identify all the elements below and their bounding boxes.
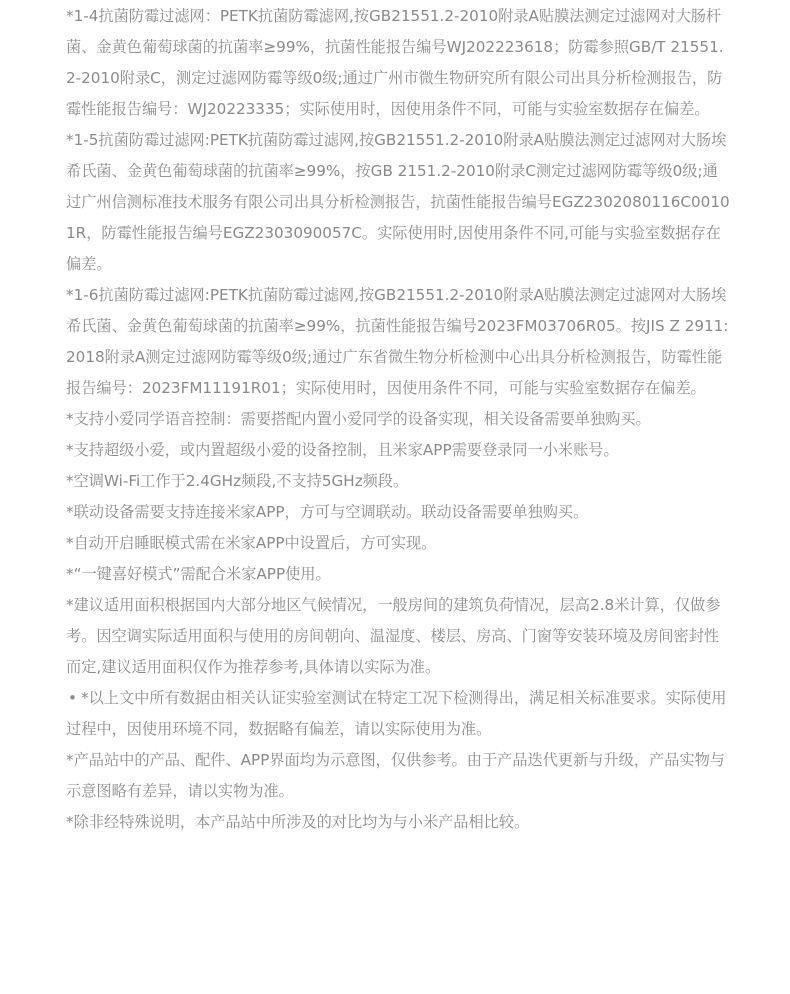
note-filter-1-5: *1-5抗菌防霉过滤网:PETK抗菌防霉过滤网,按GB21551.2-2010附… — [66, 125, 730, 280]
note-wifi-band: *空调Wi-Fi工作于2.4GHz频段,不支持5GHz频段。 — [66, 466, 730, 497]
bullet-dot-icon: • — [68, 683, 77, 714]
note-sleep-mode: *自动开启睡眠模式需在米家APP中设置后，方可实现。 — [66, 528, 730, 559]
note-super-xiaoai: *支持超级小爱，或内置超级小爱的设备控制，且米家APP需要登录同一小米账号。 — [66, 435, 730, 466]
note-filter-1-4: *1-4抗菌防霉过滤网：PETK抗菌防霉滤网,按GB21551.2-2010附录… — [66, 1, 730, 125]
note-xiaoai-voice: *支持小爱同学语音控制：需要搭配内置小爱同学的设备实现，相关设备需要单独购买。 — [66, 404, 730, 435]
note-filter-1-6: *1-6抗菌防霉过滤网:PETK抗菌防霉过滤网,按GB21551.2-2010附… — [66, 280, 730, 404]
disclaimer-notes: *1-4抗菌防霉过滤网：PETK抗菌防霉滤网,按GB21551.2-2010附录… — [66, 1, 730, 838]
note-favorite-mode: *“一键喜好模式”需配合米家APP使用。 — [66, 559, 730, 590]
note-linked-devices: *联动设备需要支持连接米家APP，方可与空调联动。联动设备需要单独购买。 — [66, 497, 730, 528]
note-applicable-area: *建议适用面积根据国内大部分地区气候情况，一般房间的建筑负荷情况，层高2.8米计… — [66, 590, 730, 683]
note-test-data-text: *以上文中所有数据由相关认证实验室测试在特定工况下检测得出，满足相关标准要求。实… — [66, 689, 726, 738]
note-illustration: *产品站中的产品、配件、APP界面均为示意图，仅供参考。由于产品迭代更新与升级，… — [66, 745, 730, 807]
note-comparison: *除非经特殊说明，本产品站中所涉及的对比均为与小米产品相比较。 — [66, 807, 730, 838]
note-test-data: •*以上文中所有数据由相关认证实验室测试在特定工况下检测得出，满足相关标准要求。… — [66, 683, 730, 745]
